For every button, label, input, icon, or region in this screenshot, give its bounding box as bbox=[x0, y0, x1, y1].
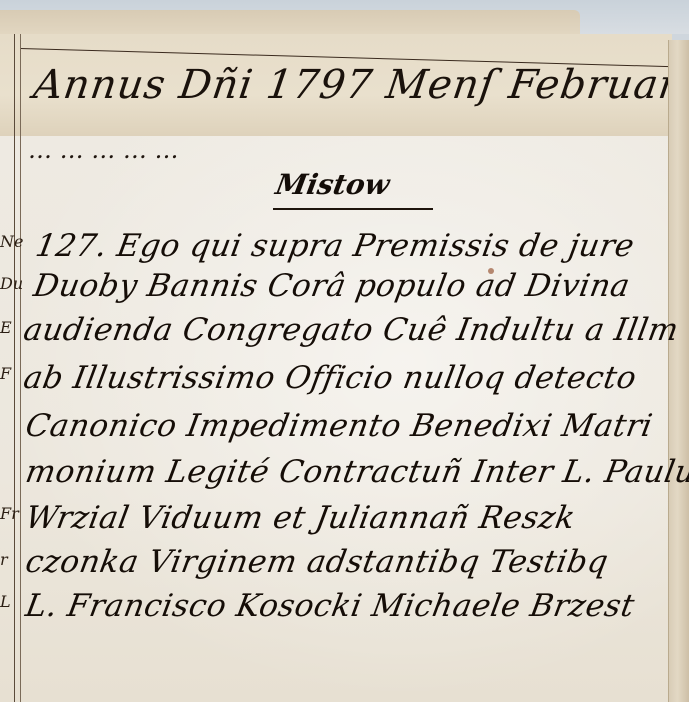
fragment-line: … … … … … bbox=[28, 136, 668, 164]
entry-line-5: Canonico Impedimento Benedixi Matri bbox=[23, 408, 656, 444]
ink-stain bbox=[488, 268, 494, 274]
entry-line-7: Wrzial Viduum et Juliannañ Reszk bbox=[23, 500, 578, 536]
place-title: Mistow bbox=[273, 168, 392, 201]
register-header: Annus Dñi 1797 Menſ Februar bbox=[31, 62, 677, 108]
margin-note: Fr bbox=[0, 504, 19, 523]
margin-rule-inner bbox=[20, 34, 21, 702]
place-underline bbox=[273, 208, 433, 210]
entry-line-4: ab Illustrissimo Officio nulloq detecto bbox=[21, 360, 639, 396]
margin-rule bbox=[14, 34, 15, 702]
entry-line-9: L. Francisco Kosocki Michaele Brzest bbox=[23, 588, 638, 624]
entry-line-8: czonka Virginem adstantibq Testibq bbox=[23, 544, 611, 580]
margin-note: L bbox=[0, 592, 11, 611]
margin-note: Ne bbox=[0, 232, 23, 251]
margin-note: Du bbox=[0, 274, 23, 293]
margin-note: F bbox=[0, 364, 11, 383]
margin-note: r bbox=[0, 550, 8, 569]
entry-line-2: Duoby Bannis Corâ populo ad Divina bbox=[31, 268, 633, 304]
book-gutter bbox=[668, 40, 689, 702]
entry-line-6: monium Legité Contractuñ Inter L. Paulum bbox=[23, 454, 689, 490]
entry-line-3: audienda Congregato Cuê Indultu a Illm bbox=[21, 312, 682, 348]
margin-note: E bbox=[0, 318, 12, 337]
entry-line-1: 127. Ego qui supra Premissis de jure bbox=[33, 228, 637, 264]
